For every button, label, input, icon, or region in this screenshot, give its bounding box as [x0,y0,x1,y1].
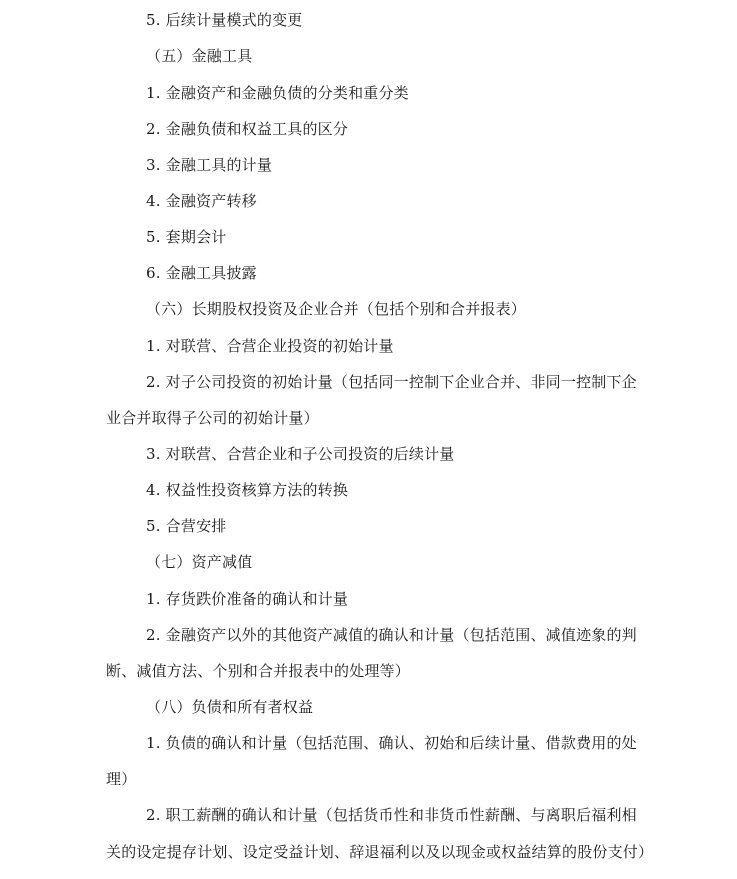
section-heading: （七）资产减值 [146,552,252,572]
section-heading: （六）长期股权投资及企业合并（包括个别和合并报表） [146,299,526,319]
section-heading: （五）金融工具 [146,46,252,66]
list-item: 2. 职工薪酬的确认和计量（包括货币性和非货币性薪酬、与离职后福利相 [146,805,637,825]
section-heading: （八）负债和所有者权益 [146,697,313,717]
list-item: 2. 金融负债和权益工具的区分 [146,119,348,139]
list-item-continuation: 业合并取得子公司的初始计量） [106,408,319,428]
list-item-continuation: 关的设定提存计划、设定受益计划、辞退福利以及以现金或权益结算的股份支付） [106,842,653,862]
list-item: 5. 后续计量模式的变更 [146,10,302,30]
list-item: 1. 存货跌价准备的确认和计量 [146,589,348,609]
list-item: 5. 合营安排 [146,516,226,536]
list-item: 2. 对子公司投资的初始计量（包括同一控制下企业合并、非同一控制下企 [146,372,637,392]
list-item: 4. 金融资产转移 [146,191,257,211]
list-item: 5. 套期会计 [146,227,226,247]
list-item: 1. 对联营、合营企业投资的初始计量 [146,336,394,356]
list-item-continuation: 断、减值方法、个别和合并报表中的处理等） [106,661,410,681]
list-item: 6. 金融工具披露 [146,263,257,283]
list-item-continuation: 理） [106,769,136,789]
list-item: 4. 权益性投资核算方法的转换 [146,480,348,500]
list-item: 3. 金融工具的计量 [146,155,272,175]
list-item: 1. 负债的确认和计量（包括范围、确认、初始和后续计量、借款费用的处 [146,733,637,753]
list-item: 2. 金融资产以外的其他资产减值的确认和计量（包括范围、减值迹象的判 [146,625,637,645]
list-item: 3. 对联营、合营企业和子公司投资的后续计量 [146,444,454,464]
list-item: 1. 金融资产和金融负债的分类和重分类 [146,83,409,103]
